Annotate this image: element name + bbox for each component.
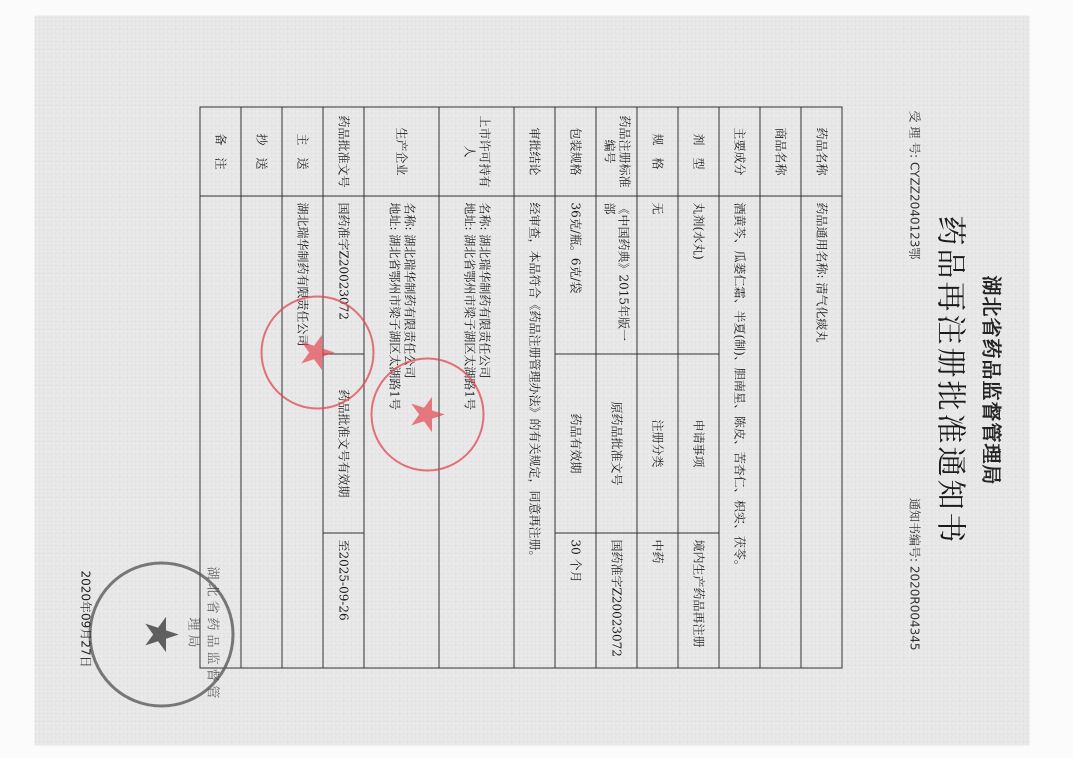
notice-number-value: 2020R004345: [908, 565, 922, 650]
standard-number-label: 药品注册标准 编号: [596, 107, 637, 196]
conclusion-label: 审批结论: [514, 107, 555, 196]
packaging-value: 36克/瓶。6克/袋: [555, 196, 596, 354]
packaging-label: 包装规格: [555, 107, 596, 196]
dosage-form-value: 丸剂(水丸): [678, 196, 719, 354]
row-drug-name: 药品名称 药品通用名称: 清气化痰丸: [801, 107, 842, 668]
trade-name-label: 商品名称: [760, 107, 801, 196]
standard-number-value: 《中国药典》2015年版一部: [596, 196, 637, 354]
row-standard-number: 药品注册标准 编号 《中国药典》2015年版一部 原药品批准文号 国药准字Z20…: [596, 107, 637, 668]
application-item-label: 申请事项: [678, 354, 719, 533]
original-approval-number-value: 国药准字Z20023072: [596, 533, 637, 668]
conclusion-value: 经审查，本品符合《药品注册管理办法》的有关规定，同意再注册。: [514, 196, 555, 668]
standard-number-label-line1: 药品注册标准: [617, 113, 632, 189]
mah-label: 上市许可持有 人: [439, 107, 514, 196]
acceptance-number: 受 理 号: CYZZ2040123鄂: [907, 110, 924, 259]
mah-label-line2: 人: [462, 113, 477, 189]
acceptance-number-value: CYZZ2040123鄂: [908, 162, 922, 259]
approval-validity-label: 药品批准文号有效期: [323, 354, 364, 533]
spec-value: 无: [637, 196, 678, 354]
row-packaging: 包装规格 36克/瓶。6克/袋 药品有效期 30 个月: [555, 107, 596, 668]
addressee-label: 主 送: [282, 107, 323, 196]
cc-label: 抄 送: [241, 107, 282, 196]
acceptance-number-label: 受 理 号:: [908, 110, 922, 158]
seal-date: 2020年09月27日: [78, 570, 95, 667]
registration-category-value: 中药: [637, 533, 678, 668]
row-approval-number: 药品批准文号 国药准字Z20023072 药品批准文号有效期 至2025-09-…: [323, 107, 364, 668]
dosage-form-label: 剂 型: [678, 107, 719, 196]
row-marketing-authorization-holder: 上市许可持有 人 名称: 湖北瑞华制药有限责任公司 地址: 湖北省鄂州市梁子湖区…: [439, 107, 514, 668]
row-manufacturer: 生产企业 名称: 湖北瑞华制药有限责任公司 地址: 湖北省鄂州市梁子湖区太湖路1…: [364, 107, 439, 668]
approval-validity-value: 至2025-09-26: [323, 533, 364, 668]
mah-name: 名称: 湖北瑞华制药有限责任公司: [477, 202, 492, 661]
approval-notice-page: 湖北省药品监督管理局 药品再注册批准通知书 受 理 号: CYZZ2040123…: [35, 15, 1030, 745]
cc-value: [241, 196, 282, 668]
row-trade-name: 商品名称: [760, 107, 801, 668]
issuing-agency: 湖北省药品监督管理局: [979, 15, 1008, 745]
star-icon: ★: [139, 613, 185, 654]
drug-name-label: 药品名称: [801, 107, 842, 196]
manufacturer-address: 地址: 湖北省鄂州市梁子湖区太湖路1号: [387, 202, 402, 661]
remarks-label: 备 注: [200, 107, 241, 196]
registration-category-label: 注册分类: [637, 354, 678, 533]
row-remarks: 备 注: [200, 107, 241, 668]
manufacturer-value: 名称: 湖北瑞华制药有限责任公司 地址: 湖北省鄂州市梁子湖区太湖路1号: [364, 196, 439, 668]
shelf-life-value: 30 个月: [555, 533, 596, 668]
row-cc: 抄 送: [241, 107, 282, 668]
approval-number-value: 国药准字Z20023072: [323, 196, 364, 354]
notice-number-label: 通知书编号:: [908, 497, 922, 561]
application-item-value: 境内生产药品再注册: [678, 533, 719, 668]
mah-address: 地址: 湖北省鄂州市梁子湖区太湖路1号: [462, 202, 477, 661]
standard-number-label-line2: 编号: [602, 113, 617, 189]
original-approval-number-label: 原药品批准文号: [596, 354, 637, 533]
ingredients-label: 主要成分: [719, 107, 760, 196]
ingredients-value: 酒黄芩、瓜蒌仁霜、半夏(制)、胆南星、陈皮、苦杏仁、枳实、茯苓。: [719, 196, 760, 668]
remarks-value: [200, 196, 241, 668]
addressee-value: 湖北瑞华制药有限责任公司: [282, 196, 323, 668]
approval-number-label: 药品批准文号: [323, 107, 364, 196]
mah-label-line1: 上市许可持有: [477, 113, 492, 189]
row-addressee: 主 送 湖北瑞华制药有限责任公司: [282, 107, 323, 668]
row-dosage-form: 剂 型 丸剂(水丸) 申请事项 境内生产药品再注册: [678, 107, 719, 668]
row-ingredients: 主要成分 酒黄芩、瓜蒌仁霜、半夏(制)、胆南星、陈皮、苦杏仁、枳实、茯苓。: [719, 107, 760, 668]
approval-details-table: 药品名称 药品通用名称: 清气化痰丸 商品名称 主要成分 酒黄芩、瓜蒌仁霜、半夏…: [200, 106, 843, 668]
trade-name-value: [760, 196, 801, 668]
row-spec: 规 格 无 注册分类 中药: [637, 107, 678, 668]
document-title: 药品再注册批准通知书: [932, 15, 976, 745]
spec-label: 规 格: [637, 107, 678, 196]
notice-number: 通知书编号: 2020R004345: [907, 497, 924, 650]
shelf-life-label: 药品有效期: [555, 354, 596, 533]
manufacturer-label: 生产企业: [364, 107, 439, 196]
mah-value: 名称: 湖北瑞华制药有限责任公司 地址: 湖北省鄂州市梁子湖区太湖路1号: [439, 196, 514, 668]
drug-name-value: 药品通用名称: 清气化痰丸: [801, 196, 842, 668]
manufacturer-name: 名称: 湖北瑞华制药有限责任公司: [402, 202, 417, 661]
row-conclusion: 审批结论 经审查，本品符合《药品注册管理办法》的有关规定，同意再注册。: [514, 107, 555, 668]
